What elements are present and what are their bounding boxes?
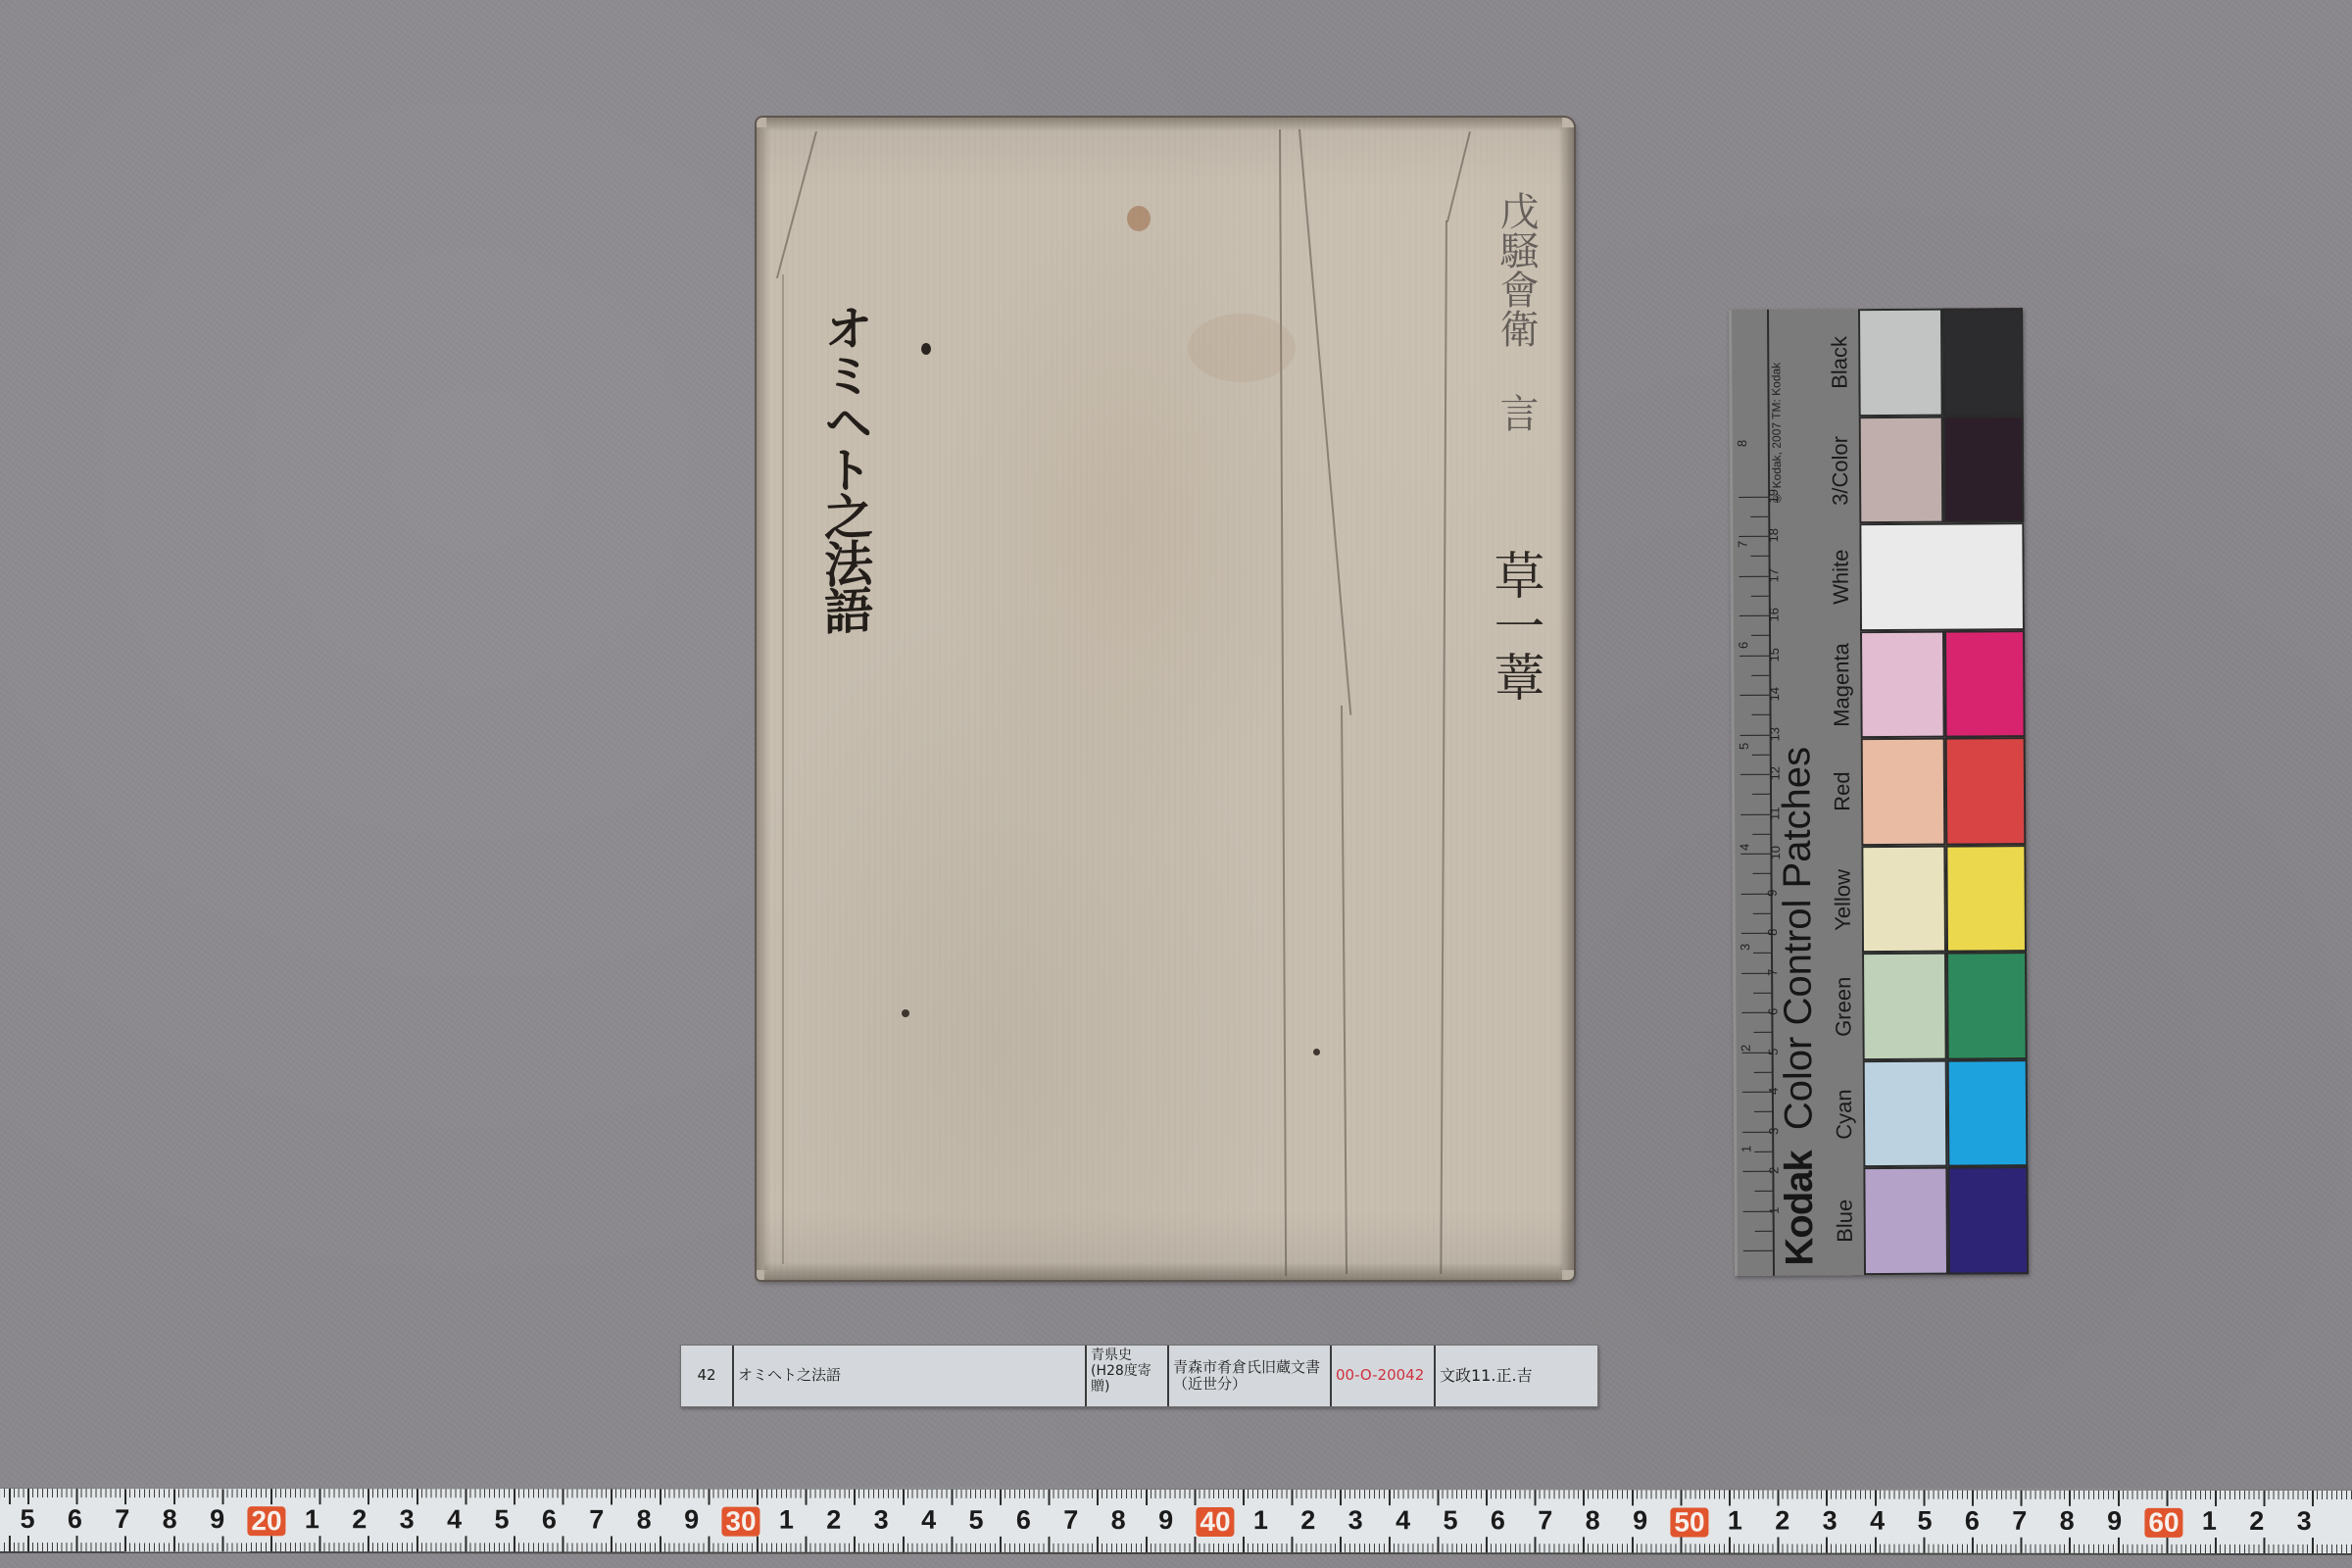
tape-number: 7 [115,1506,129,1533]
label-number: 42 [681,1346,734,1406]
tape-number: 5 [20,1506,34,1533]
tape-number: 9 [2107,1508,2122,1535]
ruler-tick [1754,1191,1772,1192]
document-cover: オミヘト之法語 戊騒會衛 言 草一蔁 [757,118,1574,1280]
ruler-tick [1743,1250,1773,1251]
tape-number: 1 [305,1506,319,1533]
color-patch-green-dark [1946,952,2028,1059]
ruler-cm-label: 14 [1767,687,1782,702]
kodak-color-chart: © Kodak, 2007 TM: Kodak Kodak Color Cont… [1729,308,2029,1276]
fold-line [1446,131,1471,222]
tape-number: 5 [1443,1507,1457,1534]
ruler-cm-label: 4 [1766,1088,1781,1095]
tape-number: 2 [2249,1508,2264,1535]
tape-major-mark: 60 [2144,1508,2182,1538]
kodak-title-text: Color Control Patches [1775,747,1820,1131]
ruler-cm-label: 17 [1766,567,1781,582]
ruler-cm-label: 7 [1765,968,1780,975]
ruler-tick [1754,1071,1772,1072]
fold-line [1341,706,1347,1274]
color-patch-3-color-light [1859,416,1944,523]
tape-number: 3 [874,1507,889,1534]
ruler-cm-label: 16 [1767,608,1782,622]
ruler-inch-label: 5 [1737,742,1751,749]
ruler-cm-label: 18 [1766,528,1781,543]
ruler-tick [1752,714,1770,715]
tape-number: 6 [1016,1507,1031,1534]
ruler-tick [1751,596,1769,597]
tape-number: 9 [684,1507,699,1534]
ruler-cm-label: 19 [1766,488,1781,503]
patch-label: Cyan [1827,1060,1863,1168]
tape-number: 6 [1491,1507,1505,1534]
ruler-tick [1740,774,1770,775]
ruler-cm-label: 6 [1765,1008,1780,1015]
tape-number: 3 [1348,1507,1363,1534]
ink-blot [1313,1049,1320,1055]
ruler-cm-label: 3 [1766,1127,1781,1134]
tape-number: 7 [2012,1508,2027,1535]
ruler-tick [1750,516,1768,517]
ruler-tick [1753,953,1771,954]
ruler-tick [1739,496,1768,497]
color-patch-cyan-dark [1947,1059,2029,1167]
tape-number: 2 [352,1506,367,1533]
fold-line [776,131,817,278]
tape-number: 4 [1870,1508,1885,1535]
color-patch-cyan-light [1863,1060,1948,1168]
fold-line [1440,220,1447,1274]
tape-number: 4 [1396,1507,1410,1534]
label-id: 00-O-20042 [1332,1346,1436,1406]
color-patch-magenta-dark [1944,630,2026,738]
tape-number: 2 [826,1507,841,1534]
color-patch-black-light [1858,309,1943,416]
color-patch-blue-dark [1947,1167,2029,1275]
ruler-inch-label: 6 [1736,642,1750,649]
ruler-inch-label: 4 [1737,843,1751,850]
patch-label: Magenta [1824,631,1860,739]
tape-number: 4 [921,1507,936,1534]
tape-number: 2 [1775,1508,1789,1535]
color-patch-black-dark [1942,308,2024,416]
tape-number: 3 [400,1506,415,1533]
document-title: オミヘト之法語 [801,302,869,635]
ruler-tick [1752,794,1770,795]
ruler-inch-label: 2 [1739,1045,1753,1052]
ruler-tick [1755,1230,1773,1231]
ruler-tick [1754,1032,1772,1033]
ruler-tick [1740,734,1770,735]
ruler-tick [1739,615,1769,616]
ruler-inch-label: 3 [1738,944,1752,951]
label-collection: 青森市肴倉氏旧蔵文書（近世分） [1169,1346,1332,1406]
ruler-cm-label: 15 [1767,647,1782,661]
color-patch-magenta-light [1860,630,1945,738]
ruler-cm-label: 10 [1768,846,1783,860]
ruler-tick [1739,695,1769,696]
color-patch-red-light [1861,738,1946,846]
ruler-cm-label: 1 [1767,1206,1782,1213]
color-patch-yellow-dark [1945,845,2027,953]
ruler-inch-label: 1 [1739,1146,1753,1152]
tape-number: 7 [589,1506,604,1533]
tape-major-mark: 40 [1196,1507,1234,1537]
kodak-brand: Kodak [1778,1151,1822,1266]
tape-number: 1 [2202,1508,2217,1535]
color-patch-yellow-light [1861,845,1946,953]
ruler-tick [1751,675,1769,676]
document-edge-right [1558,127,1574,1270]
color-patch-green-light [1862,953,1947,1060]
tape-number: 1 [779,1507,794,1534]
ruler-tick [1751,635,1769,636]
ruler-tick [1739,536,1768,537]
tape-major-mark: 50 [1670,1507,1708,1537]
ruler-cm-label: 2 [1766,1167,1781,1174]
side-inscription-upper: 戊騒會衛 言 [1477,191,1536,432]
ruler-cm-label: 11 [1767,807,1782,820]
tape-number: 8 [2060,1508,2075,1535]
ruler-cm-label: 5 [1766,1048,1781,1054]
ruler-tick [1740,813,1770,814]
ruler-tick [1752,834,1770,835]
ruler-tick [1754,1151,1772,1151]
tape-number: 9 [1633,1507,1647,1534]
tape-number: 8 [1111,1507,1126,1534]
patch-label: Green [1826,954,1862,1061]
ruler-inch-label: 8 [1735,440,1749,447]
ruler-tick [1752,755,1770,756]
kodak-gray-panel: © Kodak, 2007 TM: Kodak Kodak Color Cont… [1729,309,1864,1276]
patch-label: White [1823,523,1859,631]
ruler-cm-label: 8 [1765,929,1780,936]
fold-line [1279,129,1287,1276]
tape-measure: 5678920123456789301234567894012345678950… [0,1488,2352,1555]
fold-line [1298,129,1351,715]
color-patch-3-color-dark [1943,416,2025,523]
label-title: オミヘト之法語 [734,1346,1087,1406]
ruler-cm-label: 12 [1768,766,1783,781]
tape-number: 8 [163,1506,177,1533]
tape-number: 8 [637,1507,652,1534]
patch-label: 3/Color [1823,416,1859,524]
tape-number: 4 [447,1506,462,1533]
tape-number: 3 [1823,1508,1837,1535]
patch-label: Red [1825,738,1861,846]
document-edge-top [766,118,1562,131]
fold-line [782,274,784,1264]
color-patch-red-dark [1945,737,2027,845]
tape-number: 5 [968,1507,983,1534]
tape-number: 1 [1728,1507,1742,1534]
tape-number: 9 [1158,1507,1173,1534]
tape-number: 6 [1965,1508,1980,1535]
tape-major-mark: 20 [247,1506,285,1536]
tape-number: 8 [1586,1507,1600,1534]
ruler-tick [1754,1111,1772,1112]
catalog-label: 42 オミヘト之法語 青県史(H28度寄贈) 青森市肴倉氏旧蔵文書（近世分） 0… [680,1345,1598,1407]
ruler-tick [1753,873,1771,874]
ruler-tick [1753,992,1771,993]
tape-number: 1 [1253,1507,1268,1534]
tape-number: 5 [1917,1508,1932,1535]
side-inscription-lower: 草一蔁 [1472,549,1541,702]
tape-number: 9 [210,1506,224,1533]
tape-number: 6 [68,1506,82,1533]
ruler-tick [1739,575,1769,576]
stain [1188,314,1296,382]
patch-label: Yellow [1825,846,1861,954]
patch-label: Black [1822,309,1858,416]
tape-number: 6 [542,1506,557,1533]
ruler-cm-label: 13 [1767,726,1782,741]
ruler-inch-label: 7 [1736,541,1750,548]
tape-number: 5 [494,1506,509,1533]
tape-ticks-bottom [0,1536,2352,1553]
tape-major-mark: 30 [721,1507,759,1537]
label-date: 文政11.正.吉 [1436,1346,1597,1406]
document-edge-left [757,127,770,1270]
label-source: 青県史(H28度寄贈) [1087,1346,1169,1406]
ruler-tick [1739,655,1769,656]
ink-blot [921,343,931,355]
ruler-tick [1740,854,1770,855]
tape-number: 3 [2297,1508,2312,1535]
tape-number: 2 [1300,1507,1315,1534]
color-patch-blue-light [1863,1167,1948,1275]
ruler-tick [1753,913,1771,914]
patch-label: Blue [1827,1168,1863,1276]
ruler-cm-label: 9 [1765,889,1780,896]
color-patch-white [1859,522,2025,631]
tape-number: 7 [1538,1507,1552,1534]
document-edge-bottom [764,1262,1562,1280]
tape-number: 7 [1063,1507,1078,1534]
stain [1127,206,1151,231]
ink-blot [902,1009,909,1017]
ruler-tick [1751,556,1769,557]
